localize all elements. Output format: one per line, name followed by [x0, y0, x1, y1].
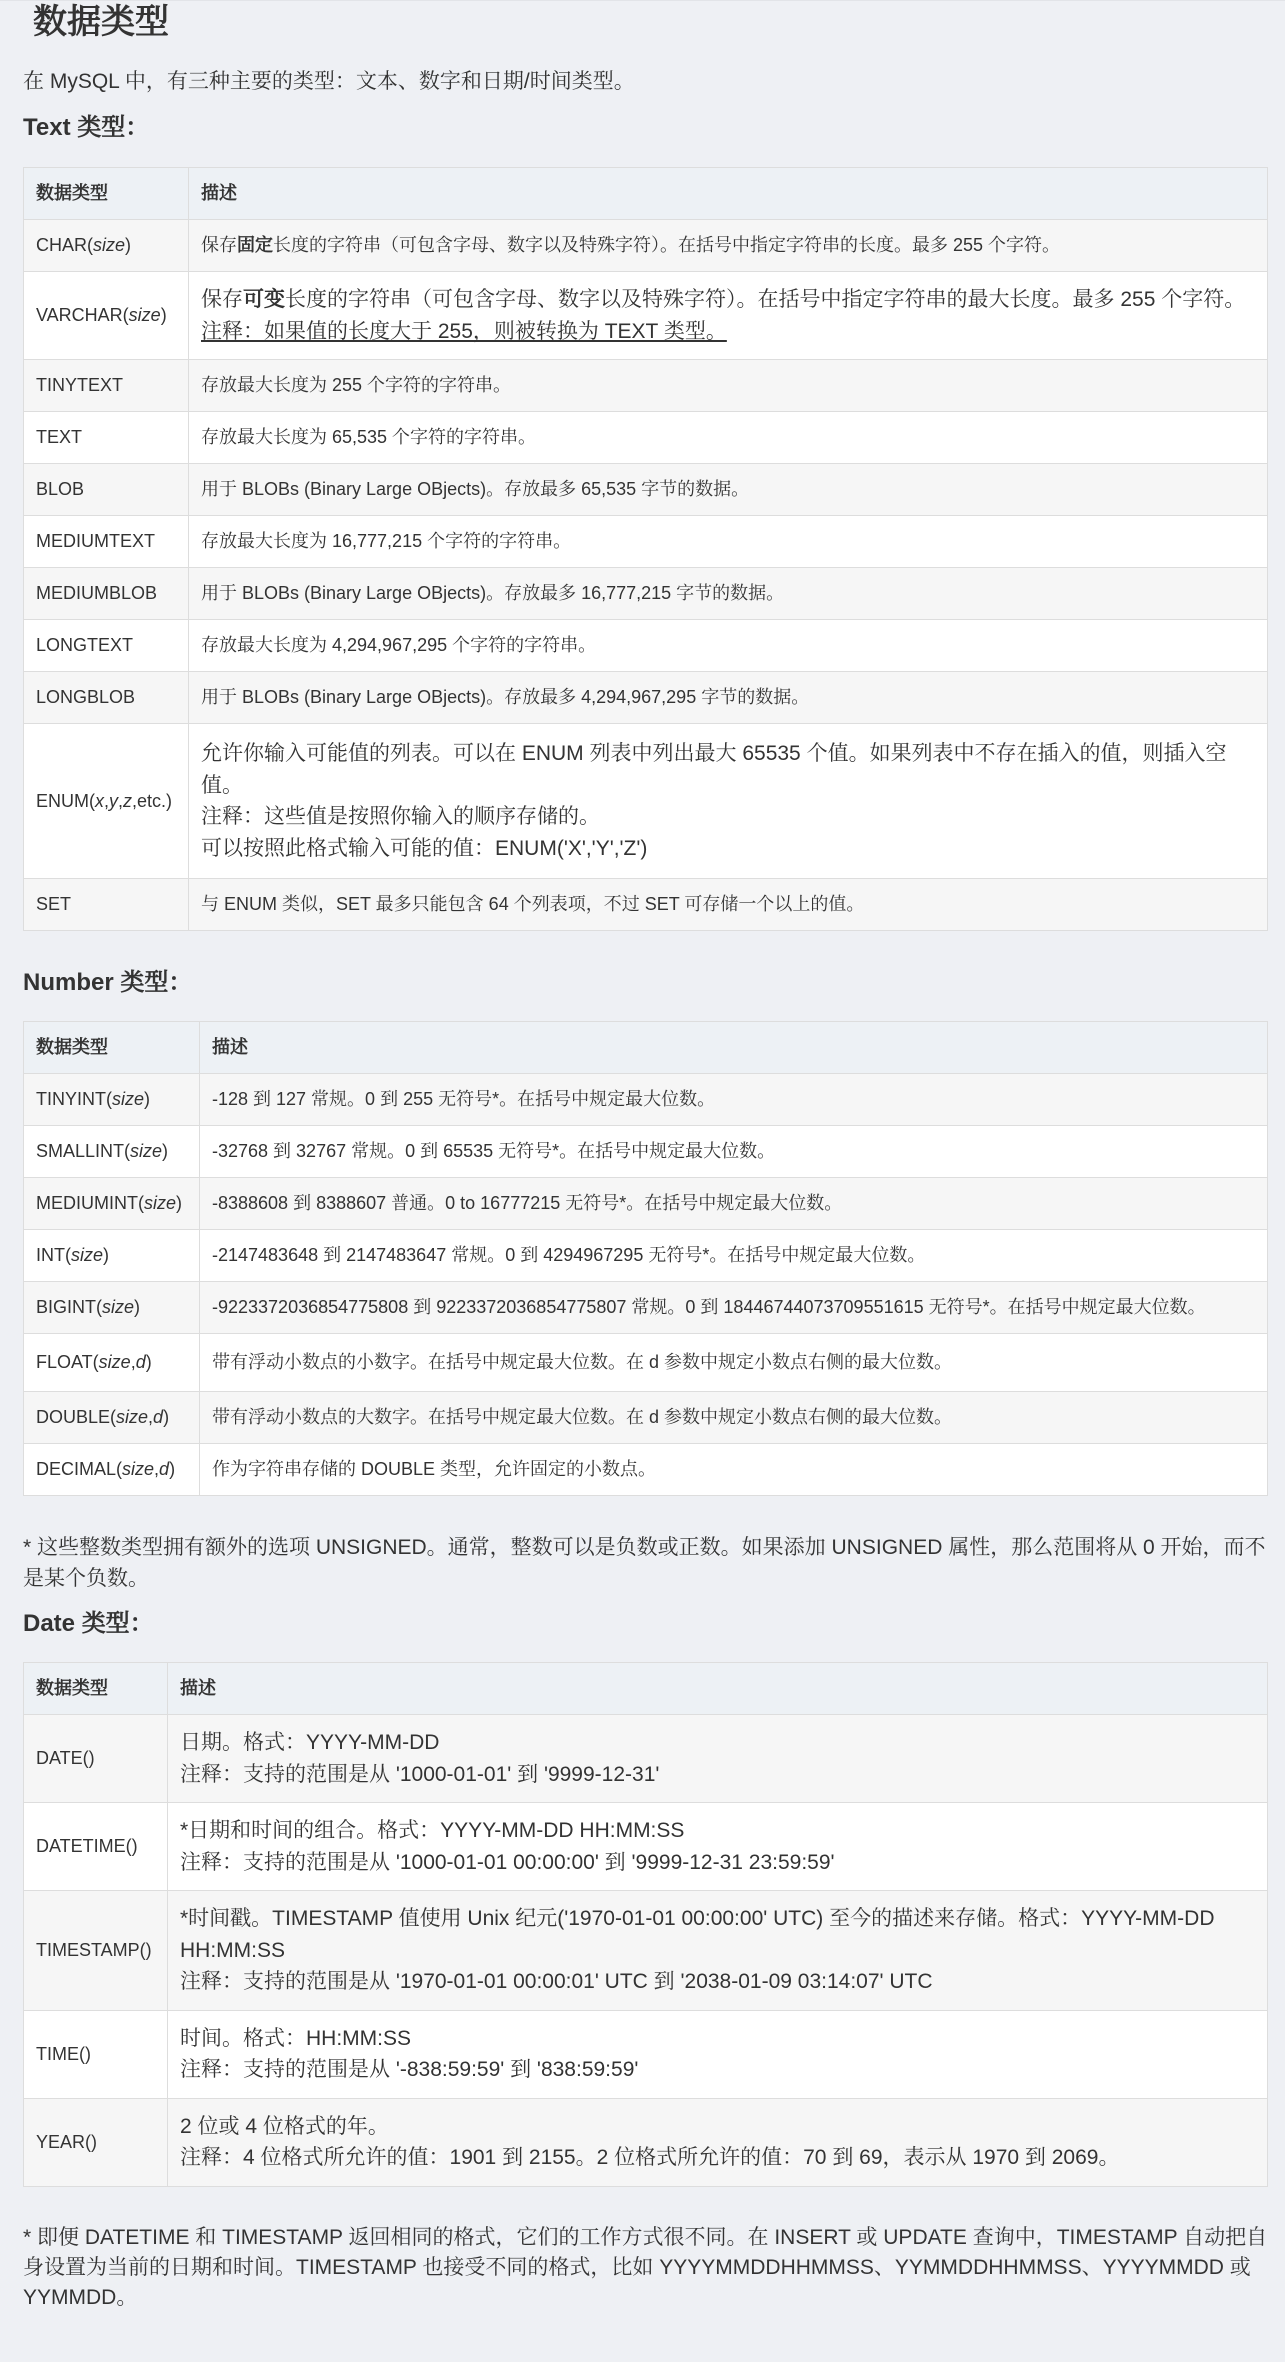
description-cell: 用于 BLOBs (Binary Large OBjects)。存放最多 16,… [189, 568, 1268, 620]
table-row: DECIMAL(size,d) 作为字符串存储的 DOUBLE 类型，允许固定的… [24, 1444, 1268, 1496]
description-cell: 作为字符串存储的 DOUBLE 类型，允许固定的小数点。 [200, 1444, 1268, 1496]
type-param: d [153, 1407, 163, 1427]
type-param: d [136, 1352, 146, 1372]
type-param: size [102, 1297, 134, 1317]
emphasis: 固定 [237, 235, 273, 255]
note-text: 注释：4 位格式所允许的值：1901 到 2155。2 位格式所允许的值：70 … [180, 2142, 1255, 2174]
page-title: 数据类型 [23, 1, 1268, 45]
type-cell: TIMESTAMP() [24, 1891, 168, 2011]
table-row: TINYINT(size) -128 到 127 常规。0 到 255 无符号*… [24, 1074, 1268, 1126]
note-text: 注释：支持的范围是从 '1000-01-01' 到 '9999-12-31' [180, 1759, 1255, 1791]
column-header-type: 数据类型 [24, 1022, 200, 1074]
description-cell: 时间。格式：HH:MM:SS 注释：支持的范围是从 '-838:59:59' 到… [168, 2010, 1268, 2098]
date-types-footnote: * 即便 DATETIME 和 TIMESTAMP 返回相同的格式，它们的工作方… [23, 2223, 1268, 2313]
type-param: size [116, 1407, 148, 1427]
type-cell: LONGBLOB [24, 672, 189, 724]
table-row: MEDIUMINT(size) -8388608 到 8388607 普通。0 … [24, 1178, 1268, 1230]
type-cell: TINYINT(size) [24, 1074, 200, 1126]
table-row: MEDIUMBLOB 用于 BLOBs (Binary Large OBject… [24, 568, 1268, 620]
emphasis: 可变 [243, 288, 285, 311]
type-param: size [122, 1459, 154, 1479]
description-cell: -128 到 127 常规。0 到 255 无符号*。在括号中规定最大位数。 [200, 1074, 1268, 1126]
type-cell: VARCHAR(size) [24, 272, 189, 360]
description-cell: -2147483648 到 2147483647 常规。0 到 42949672… [200, 1230, 1268, 1282]
type-cell: SMALLINT(size) [24, 1126, 200, 1178]
description-cell: 日期。格式：YYYY-MM-DD 注释：支持的范围是从 '1000-01-01'… [168, 1715, 1268, 1803]
description-cell: 保存固定长度的字符串（可包含字母、数字以及特殊字符）。在括号中指定字符串的长度。… [189, 220, 1268, 272]
type-cell: TINYTEXT [24, 360, 189, 412]
type-param: size [144, 1193, 176, 1213]
type-cell: SET [24, 879, 189, 931]
table-row: TEXT 存放最大长度为 65,535 个字符的字符串。 [24, 412, 1268, 464]
type-cell: INT(size) [24, 1230, 200, 1282]
type-param: size [130, 1141, 162, 1161]
text-types-table: 数据类型 描述 CHAR(size) 保存固定长度的字符串（可包含字母、数字以及… [23, 167, 1268, 931]
column-header-description: 描述 [189, 168, 1268, 220]
description-cell: 存放最大长度为 255 个字符的字符串。 [189, 360, 1268, 412]
date-types-table: 数据类型 描述 DATE() 日期。格式：YYYY-MM-DD 注释：支持的范围… [23, 1662, 1268, 2187]
type-param: d [159, 1459, 169, 1479]
description-cell: 带有浮动小数点的大数字。在括号中规定最大位数。在 d 参数中规定小数点右侧的最大… [200, 1392, 1268, 1444]
type-param: size [112, 1089, 144, 1109]
type-cell: BLOB [24, 464, 189, 516]
table-row: TIMESTAMP() *时间戳。TIMESTAMP 值使用 Unix 纪元('… [24, 1891, 1268, 2011]
table-row: INT(size) -2147483648 到 2147483647 常规。0 … [24, 1230, 1268, 1282]
type-cell: DECIMAL(size,d) [24, 1444, 200, 1496]
number-types-table: 数据类型 描述 TINYINT(size) -128 到 127 常规。0 到 … [23, 1021, 1268, 1496]
table-row: MEDIUMTEXT 存放最大长度为 16,777,215 个字符的字符串。 [24, 516, 1268, 568]
type-param: z [123, 791, 132, 811]
type-param: size [71, 1245, 103, 1265]
note-text: 注释：支持的范围是从 '1000-01-01 00:00:00' 到 '9999… [180, 1847, 1255, 1879]
type-cell: TIME() [24, 2010, 168, 2098]
type-cell: BIGINT(size) [24, 1282, 200, 1334]
intro-paragraph: 在 MySQL 中，有三种主要的类型：文本、数字和日期/时间类型。 [23, 67, 1268, 97]
text-types-heading: Text 类型： [23, 113, 1268, 143]
type-param: size [99, 1352, 131, 1372]
type-cell: MEDIUMINT(size) [24, 1178, 200, 1230]
table-row: LONGTEXT 存放最大长度为 4,294,967,295 个字符的字符串。 [24, 620, 1268, 672]
description-cell: 允许你输入可能值的列表。可以在 ENUM 列表中列出最大 65535 个值。如果… [189, 724, 1268, 879]
column-header-type: 数据类型 [24, 1663, 168, 1715]
table-row: SET 与 ENUM 类似，SET 最多只能包含 64 个列表项，不过 SET … [24, 879, 1268, 931]
table-row: CHAR(size) 保存固定长度的字符串（可包含字母、数字以及特殊字符）。在括… [24, 220, 1268, 272]
table-row: DATETIME() *日期和时间的组合。格式：YYYY-MM-DD HH:MM… [24, 1803, 1268, 1891]
type-cell: DATE() [24, 1715, 168, 1803]
number-types-heading: Number 类型： [23, 968, 1268, 998]
type-cell: TEXT [24, 412, 189, 464]
description-cell: *日期和时间的组合。格式：YYYY-MM-DD HH:MM:SS 注释：支持的范… [168, 1803, 1268, 1891]
table-row: YEAR() 2 位或 4 位格式的年。 注释：4 位格式所允许的值：1901 … [24, 2098, 1268, 2186]
type-cell: MEDIUMBLOB [24, 568, 189, 620]
note-text: 注释：这些值是按照你输入的顺序存储的。 [201, 801, 1255, 833]
type-param: size [129, 305, 161, 325]
description-cell: 存放最大长度为 16,777,215 个字符的字符串。 [189, 516, 1268, 568]
table-row: TINYTEXT 存放最大长度为 255 个字符的字符串。 [24, 360, 1268, 412]
description-cell: 与 ENUM 类似，SET 最多只能包含 64 个列表项，不过 SET 可存储一… [189, 879, 1268, 931]
table-row: BIGINT(size) -9223372036854775808 到 9223… [24, 1282, 1268, 1334]
table-header-row: 数据类型 描述 [24, 168, 1268, 220]
type-cell: MEDIUMTEXT [24, 516, 189, 568]
table-row: DOUBLE(size,d) 带有浮动小数点的大数字。在括号中规定最大位数。在 … [24, 1392, 1268, 1444]
type-cell: DOUBLE(size,d) [24, 1392, 200, 1444]
description-cell: 2 位或 4 位格式的年。 注释：4 位格式所允许的值：1901 到 2155。… [168, 2098, 1268, 2186]
table-row: TIME() 时间。格式：HH:MM:SS 注释：支持的范围是从 '-838:5… [24, 2010, 1268, 2098]
type-param: size [93, 235, 125, 255]
description-cell: 存放最大长度为 4,294,967,295 个字符的字符串。 [189, 620, 1268, 672]
type-param: y [109, 791, 118, 811]
table-row: ENUM(x,y,z,etc.) 允许你输入可能值的列表。可以在 ENUM 列表… [24, 724, 1268, 879]
table-row: LONGBLOB 用于 BLOBs (Binary Large OBjects)… [24, 672, 1268, 724]
table-row: BLOB 用于 BLOBs (Binary Large OBjects)。存放最… [24, 464, 1268, 516]
description-cell: *时间戳。TIMESTAMP 值使用 Unix 纪元('1970-01-01 0… [168, 1891, 1268, 2011]
description-cell: 用于 BLOBs (Binary Large OBjects)。存放最多 4,2… [189, 672, 1268, 724]
note-text: 注释：支持的范围是从 '1970-01-01 00:00:01' UTC 到 '… [180, 1966, 1255, 1998]
table-row: SMALLINT(size) -32768 到 32767 常规。0 到 655… [24, 1126, 1268, 1178]
description-cell: -32768 到 32767 常规。0 到 65535 无符号*。在括号中规定最… [200, 1126, 1268, 1178]
column-header-description: 描述 [168, 1663, 1268, 1715]
description-cell: 用于 BLOBs (Binary Large OBjects)。存放最多 65,… [189, 464, 1268, 516]
type-cell: ENUM(x,y,z,etc.) [24, 724, 189, 879]
note-text: 注释：支持的范围是从 '-838:59:59' 到 '838:59:59' [180, 2054, 1255, 2086]
note-text: 注释：如果值的长度大于 255，则被转换为 TEXT 类型。 [201, 316, 1255, 348]
type-cell: DATETIME() [24, 1803, 168, 1891]
description-cell: 带有浮动小数点的小数字。在括号中规定最大位数。在 d 参数中规定小数点右侧的最大… [200, 1334, 1268, 1392]
table-header-row: 数据类型 描述 [24, 1022, 1268, 1074]
table-row: DATE() 日期。格式：YYYY-MM-DD 注释：支持的范围是从 '1000… [24, 1715, 1268, 1803]
table-header-row: 数据类型 描述 [24, 1663, 1268, 1715]
table-row: VARCHAR(size) 保存可变长度的字符串（可包含字母、数字以及特殊字符）… [24, 272, 1268, 360]
column-header-description: 描述 [200, 1022, 1268, 1074]
type-cell: YEAR() [24, 2098, 168, 2186]
column-header-type: 数据类型 [24, 168, 189, 220]
type-cell: CHAR(size) [24, 220, 189, 272]
description-cell: 存放最大长度为 65,535 个字符的字符串。 [189, 412, 1268, 464]
description-cell: -8388608 到 8388607 普通。0 to 16777215 无符号*… [200, 1178, 1268, 1230]
number-types-footnote: * 这些整数类型拥有额外的选项 UNSIGNED。通常，整数可以是负数或正数。如… [23, 1532, 1268, 1594]
type-param: x [95, 791, 104, 811]
date-types-heading: Date 类型： [23, 1609, 1268, 1639]
description-cell: 保存可变长度的字符串（可包含字母、数字以及特殊字符）。在括号中指定字符串的最大长… [189, 272, 1268, 360]
type-cell: LONGTEXT [24, 620, 189, 672]
table-row: FLOAT(size,d) 带有浮动小数点的小数字。在括号中规定最大位数。在 d… [24, 1334, 1268, 1392]
type-cell: FLOAT(size,d) [24, 1334, 200, 1392]
page: 数据类型 在 MySQL 中，有三种主要的类型：文本、数字和日期/时间类型。 T… [0, 0, 1285, 2362]
description-cell: -9223372036854775808 到 92233720368547758… [200, 1282, 1268, 1334]
